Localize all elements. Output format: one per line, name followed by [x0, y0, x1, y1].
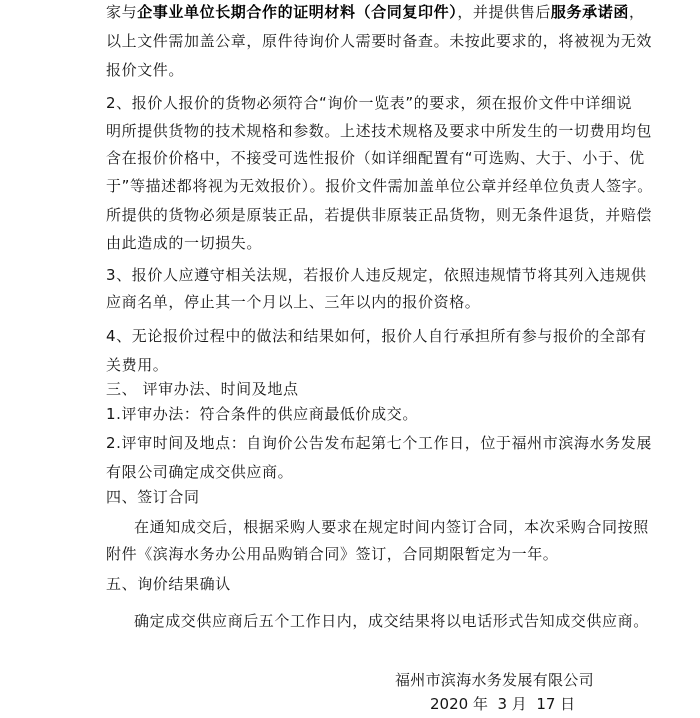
intro-bold-service-letter: 服务承诺函	[551, 3, 629, 21]
intro-text: ，并提供售后	[457, 3, 551, 21]
item2-line-5: 所提供的货物必须是原装正品，若提供非原装正品货物，则无条件退货，并赔偿	[106, 205, 596, 225]
item2-line-4: 于”等描述都将视为无效报价）。报价文件需加盖单位公章并经单位负责人签字。	[106, 176, 596, 196]
section3-heading: 三、 评审办法、时间及地点	[106, 379, 596, 399]
item2-line-6: 由此造成的一切损失。	[106, 233, 596, 253]
section4-heading: 四、签订合同	[106, 487, 596, 507]
section3-line-1: 1.评审办法：符合条件的供应商最低价成交。	[106, 404, 596, 424]
section4-line-1: 在通知成交后，根据采购人要求在规定时间内签订合同，本次采购合同按照	[134, 517, 624, 537]
intro-line-2: 以上文件需加盖公章，原件待询价人需要时备查。未按此要求的，将被视为无效	[106, 31, 596, 51]
item2-line-3: 含在报价价格中，不接受可选性报价（如详细配置有“可选购、大于、小于、优	[106, 148, 596, 168]
section5-line-1: 确定成交供应商后五个工作日内，成交结果将以电话形式告知成交供应商。	[134, 611, 624, 631]
intro-text: ，	[629, 3, 645, 21]
item3-line-1: 3、报价人应遵守相关法规，若报价人违反规定，依照违规情节将其列入违规供	[106, 265, 596, 285]
signature-date: 2020 年 3 月 17 日	[430, 694, 575, 714]
section4-line-2: 附件《滨海水务办公用品购销合同》签订，合同期限暂定为一年。	[106, 544, 596, 564]
item2-line-1: 2、报价人报价的货物必须符合“询价一览表”的要求，须在报价文件中详细说	[106, 93, 596, 113]
intro-line-1: 家与企事业单位长期合作的证明材料（合同复印件），并提供售后服务承诺函，	[106, 2, 596, 22]
intro-line-3: 报价文件。	[106, 60, 596, 80]
item2-line-2: 明所提供货物的技术规格和参数。上述技术规格及要求中所发生的一切费用均包	[106, 121, 596, 141]
section5-heading: 五、询价结果确认	[106, 574, 596, 594]
item3-line-2: 应商名单，停止其一个月以上、三年以内的报价资格。	[106, 292, 596, 312]
intro-text: 家与	[106, 3, 137, 21]
item4-line-1: 4、无论报价过程中的做法和结果如何，报价人自行承担所有参与报价的全部有	[106, 326, 596, 346]
item4-line-2: 关费用。	[106, 355, 596, 375]
section3-line-2: 2.评审时间及地点：自询价公告发布起第七个工作日，位于福州市滨海水务发展	[106, 433, 596, 453]
signature-company: 福州市滨海水务发展有限公司	[395, 670, 594, 690]
document-page: 家与企事业单位长期合作的证明材料（合同复印件），并提供售后服务承诺函， 以上文件…	[0, 0, 700, 718]
section3-line-3: 有限公司确定成交供应商。	[106, 462, 596, 482]
intro-bold-proof-materials: 企事业单位长期合作的证明材料（合同复印件）	[137, 3, 457, 21]
